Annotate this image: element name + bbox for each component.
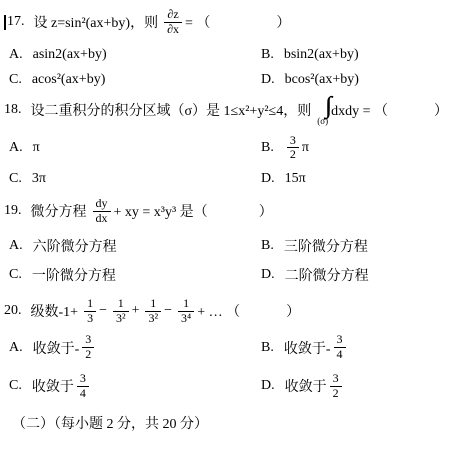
fraction-numerator: 3 bbox=[82, 333, 94, 348]
fraction-numerator: 3 bbox=[330, 372, 342, 387]
option-label: D. bbox=[261, 171, 275, 187]
q20-option-b: B. 收敛于- 3 4 bbox=[261, 333, 451, 362]
q20-option-a: A. 收敛于- 3 2 bbox=[9, 333, 261, 362]
q19-equation-tail: + xy = x³y³ 是（ bbox=[114, 201, 208, 221]
option-text: 收敛于- bbox=[33, 338, 80, 358]
double-integral-symbol: ∫∫ (σ) bbox=[317, 94, 328, 126]
q19-stem: 19. 微分方程 dy dx + xy = x³y³ 是（ ） bbox=[4, 197, 451, 226]
series-term-4: 1 3⁴ bbox=[178, 297, 194, 326]
option-text: 二阶微分方程 bbox=[285, 265, 369, 285]
fraction-denominator: 4 bbox=[77, 387, 89, 401]
fraction-denominator: ∂x bbox=[164, 23, 182, 37]
answer-blank bbox=[391, 109, 431, 110]
series-operator: − bbox=[99, 303, 107, 319]
q18-option-d: D. 15π bbox=[261, 171, 451, 187]
fraction-numerator: 1 bbox=[84, 297, 96, 312]
q17-option-d: D. bcos²(ax+by) bbox=[261, 72, 451, 88]
fraction-numerator: 1 bbox=[145, 297, 161, 312]
option-label: C. bbox=[9, 72, 22, 88]
q19-option-c: C. 一阶微分方程 bbox=[9, 265, 261, 285]
q17-partial-derivative-fraction: ∂z ∂x bbox=[164, 8, 182, 37]
option-label: B. bbox=[261, 340, 274, 356]
series-term-1: 1 3 bbox=[84, 297, 96, 326]
fraction-numerator: 1 bbox=[178, 297, 194, 312]
q20-option-c: C. 收敛于 3 4 bbox=[9, 372, 261, 401]
q18-options-cd: C. 3π D. 15π bbox=[9, 171, 451, 187]
fraction-denominator: 4 bbox=[334, 348, 346, 362]
option-label: C. bbox=[9, 378, 22, 394]
option-text: 收敛于 bbox=[32, 376, 74, 396]
option-label: A. bbox=[9, 140, 23, 156]
q17-equals-open-paren: = （ bbox=[185, 12, 210, 32]
double-integral-icon: ∫∫ bbox=[317, 94, 328, 118]
fraction-denominator: 3⁴ bbox=[178, 312, 194, 326]
series-term-2: 1 3² bbox=[113, 297, 129, 326]
text-cursor bbox=[4, 15, 6, 30]
q19-options-ab: A. 六阶微分方程 B. 三阶微分方程 bbox=[9, 236, 451, 256]
q19-number: 19. bbox=[4, 203, 22, 219]
q20-option-d: D. 收敛于 3 2 bbox=[261, 372, 451, 401]
option-label: B. bbox=[261, 238, 274, 254]
q18-option-a: A. π bbox=[9, 134, 261, 163]
q20-options-cd: C. 收敛于 3 4 D. 收敛于 3 2 bbox=[9, 372, 451, 401]
q17-option-a: A. asin2(ax+by) bbox=[9, 47, 261, 63]
fraction-numerator: dy bbox=[93, 197, 111, 212]
fraction-denominator: 3² bbox=[145, 312, 161, 326]
q17-options-cd: C. acos²(ax+by) D. bcos²(ax+by) bbox=[9, 72, 451, 88]
q19-option-d: D. 二阶微分方程 bbox=[261, 265, 451, 285]
q20-stem-text: 级数-1+ bbox=[31, 301, 79, 321]
answer-blank bbox=[211, 211, 256, 212]
option-text: π bbox=[33, 140, 40, 156]
q20-close-paren: ） bbox=[286, 301, 300, 321]
option-text: bcos²(ax+by) bbox=[285, 72, 359, 88]
q20-stem: 20. 级数-1+ 1 3 − 1 3² + 1 3² − 1 3⁴ + … （… bbox=[4, 297, 451, 326]
q19-options-cd: C. 一阶微分方程 D. 二阶微分方程 bbox=[9, 265, 451, 285]
q20-series-tail: + … （ bbox=[197, 301, 240, 321]
option-label: C. bbox=[9, 171, 22, 187]
fraction-numerator: 3 bbox=[334, 333, 346, 348]
option-label: D. bbox=[261, 378, 275, 394]
q18-option-b: B. 3 2 π bbox=[261, 134, 451, 163]
option-label: A. bbox=[9, 340, 23, 356]
answer-blank bbox=[243, 311, 283, 312]
fraction-denominator: 2 bbox=[330, 387, 342, 401]
fraction-denominator: dx bbox=[93, 212, 111, 226]
fraction-numerator: 1 bbox=[113, 297, 129, 312]
q17-stem: 17. 设 z=sin²(ax+by)，则 ∂z ∂x = （ ） bbox=[4, 8, 451, 37]
option-label: B. bbox=[261, 140, 274, 156]
option-text: 三阶微分方程 bbox=[284, 236, 368, 256]
fraction-numerator: 3 bbox=[287, 134, 299, 149]
option-text: 收敛于- bbox=[284, 338, 331, 358]
option-text: π bbox=[302, 140, 309, 156]
q17-option-c: C. acos²(ax+by) bbox=[9, 72, 261, 88]
option-text: bsin2(ax+by) bbox=[284, 47, 359, 63]
option-label: D. bbox=[261, 72, 275, 88]
option-fraction: 3 4 bbox=[334, 333, 346, 362]
option-text: 六阶微分方程 bbox=[33, 236, 117, 256]
fraction-numerator: ∂z bbox=[164, 8, 182, 23]
option-text: 3π bbox=[32, 171, 46, 187]
q18-option-c: C. 3π bbox=[9, 171, 261, 187]
option-text: 收敛于 bbox=[285, 376, 327, 396]
fraction-denominator: 2 bbox=[287, 148, 299, 162]
option-text: 一阶微分方程 bbox=[32, 265, 116, 285]
integral-region-subscript: (σ) bbox=[317, 117, 328, 126]
q18-close-paren: ） bbox=[434, 100, 448, 120]
q18-integrand-equals: dxdy = （ bbox=[331, 100, 388, 120]
q19-option-a: A. 六阶微分方程 bbox=[9, 236, 261, 256]
option-fraction: 3 2 bbox=[330, 372, 342, 401]
option-label: A. bbox=[9, 47, 23, 63]
q20-options-ab: A. 收敛于- 3 2 B. 收敛于- 3 4 bbox=[9, 333, 451, 362]
option-label: B. bbox=[261, 47, 274, 63]
option-fraction: 3 2 bbox=[82, 333, 94, 362]
q18-stem: 18. 设二重积分的积分区域（σ）是 1≤x²+y²≤4，则 ∫∫ (σ) dx… bbox=[4, 94, 451, 126]
q17-options-ab: A. asin2(ax+by) B. bsin2(ax+by) bbox=[9, 47, 451, 63]
q18-options-ab: A. π B. 3 2 π bbox=[9, 134, 451, 163]
q18-number: 18. bbox=[4, 102, 22, 118]
q17-close-paren: ） bbox=[276, 12, 290, 32]
option-label: D. bbox=[261, 267, 275, 283]
option-label: C. bbox=[9, 267, 22, 283]
series-operator: − bbox=[164, 303, 172, 319]
answer-blank bbox=[213, 22, 273, 23]
option-fraction: 3 4 bbox=[77, 372, 89, 401]
fraction-denominator: 3² bbox=[113, 312, 129, 326]
q18-stem-text: 设二重积分的积分区域（σ）是 1≤x²+y²≤4，则 bbox=[31, 100, 312, 120]
series-term-3: 1 3² bbox=[145, 297, 161, 326]
option-text: 15π bbox=[285, 171, 306, 187]
q17-number: 17. bbox=[7, 14, 25, 30]
q19-option-b: B. 三阶微分方程 bbox=[261, 236, 451, 256]
series-operator: + bbox=[132, 303, 140, 319]
option-label: A. bbox=[9, 238, 23, 254]
q17-option-b: B. bsin2(ax+by) bbox=[261, 47, 451, 63]
option-fraction: 3 2 bbox=[287, 134, 299, 163]
exam-page: 17. 设 z=sin²(ax+by)，则 ∂z ∂x = （ ） A. asi… bbox=[0, 0, 455, 433]
q19-stem-text: 微分方程 bbox=[31, 201, 87, 221]
option-text: asin2(ax+by) bbox=[33, 47, 107, 63]
q19-derivative-fraction: dy dx bbox=[93, 197, 111, 226]
q19-close-paren: ） bbox=[259, 201, 273, 221]
fraction-numerator: 3 bbox=[77, 372, 89, 387]
fraction-denominator: 2 bbox=[82, 348, 94, 362]
q20-number: 20. bbox=[4, 303, 22, 319]
option-text: acos²(ax+by) bbox=[32, 72, 106, 88]
q17-stem-text: 设 z=sin²(ax+by)，则 bbox=[34, 12, 159, 32]
fraction-denominator: 3 bbox=[84, 312, 96, 326]
section-header: （二）（每小题 2 分，共 20 分） bbox=[12, 413, 451, 433]
